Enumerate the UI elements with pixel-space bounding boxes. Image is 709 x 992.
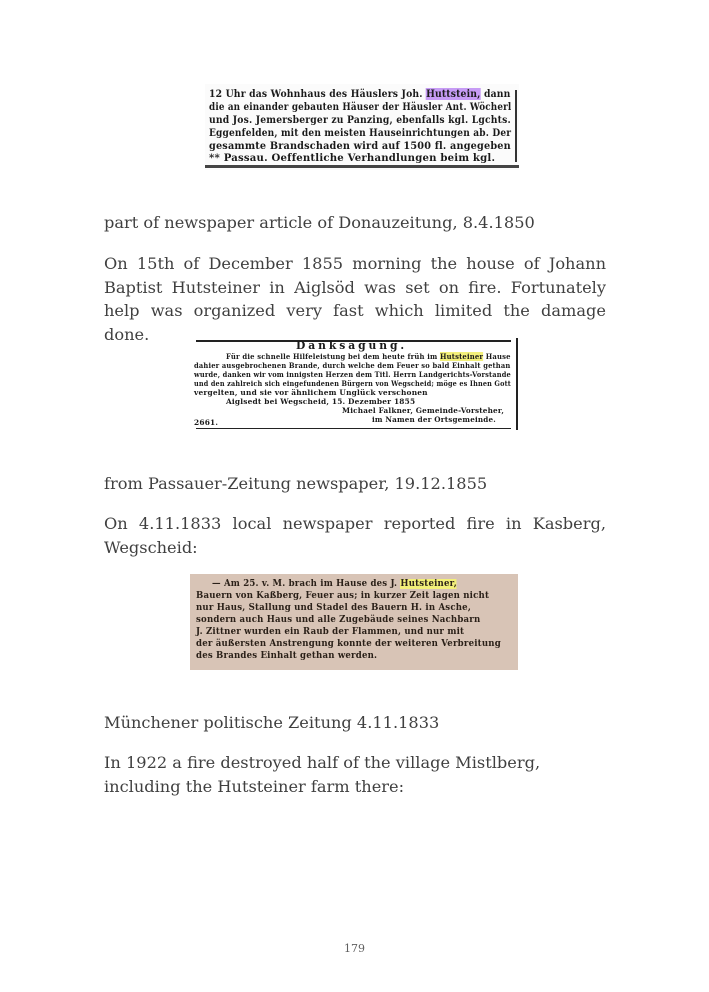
caption-passauer-zeitung: from Passauer-Zeitung newspaper, 19.12.1…: [104, 472, 487, 496]
clipping-line: 12 Uhr das Wohnhaus des Häuslers Joh. Hu…: [209, 88, 484, 101]
clipping-line: Eggenfelden, mit den meisten Hauseinrich…: [209, 127, 478, 140]
clipping-line: nur Haus, Stallung und Stadel des Bauern…: [196, 602, 510, 614]
clipping-line: J. Zittner wurden ein Raub der Flammen, …: [196, 626, 510, 638]
paragraph-1855-fire: On 15th of December 1855 morning the hou…: [104, 252, 606, 346]
caption-donauzeitung: part of newspaper article of Donauzeitun…: [104, 211, 535, 235]
column-rule: [515, 90, 517, 162]
newspaper-clipping-passauer-zeitung: Danksagung. Für die schnelle Hilfeleistu…: [192, 338, 519, 431]
highlighted-name: Huttstein,: [426, 88, 480, 100]
column-rule: [516, 338, 518, 430]
newspaper-clipping-donauzeitung: 12 Uhr das Wohnhaus des Häuslers Joh. Hu…: [205, 84, 519, 170]
paragraph-1922-fire: In 1922 a fire destroyed half of the vil…: [104, 751, 606, 798]
clipping-title: Danksagung.: [192, 341, 511, 351]
bottom-rule: [196, 428, 511, 429]
clipping-line: der äußersten Anstrengung konnte der wei…: [196, 638, 510, 650]
newspaper-clipping-muenchener-zeitung: — Am 25. v. M. brach im Hause des J. Hut…: [190, 574, 518, 670]
bottom-rule: [205, 165, 519, 168]
highlighted-name: Hutsteiner: [440, 352, 483, 361]
paragraph-1833-fire: On 4.11.1833 local newspaper reported fi…: [104, 512, 606, 559]
clipping-line: Bauern von Kaßberg, Feuer aus; in kurzer…: [196, 590, 510, 602]
clipping-number: 2661.: [194, 418, 511, 428]
page-number: 179: [0, 942, 709, 955]
caption-muenchener-zeitung: Münchener politische Zeitung 4.11.1833: [104, 711, 439, 735]
highlighted-name: Hutsteiner,: [400, 579, 456, 589]
clipping-line: die an einander gebauten Häuser der Häus…: [209, 101, 471, 114]
clipping-line: sondern auch Haus und alle Zugebäude sei…: [196, 614, 510, 626]
document-page: 12 Uhr das Wohnhaus des Häuslers Joh. Hu…: [0, 0, 709, 992]
clipping-line: — Am 25. v. M. brach im Hause des J. Hut…: [212, 578, 510, 590]
clipping-line: und Jos. Jemersberger zu Panzing, ebenfa…: [209, 114, 484, 127]
clipping-line: ** Passau. Oeffentliche Verhandlungen be…: [209, 152, 511, 165]
clipping-line: des Brandes Einhalt gethan werden.: [196, 650, 510, 662]
